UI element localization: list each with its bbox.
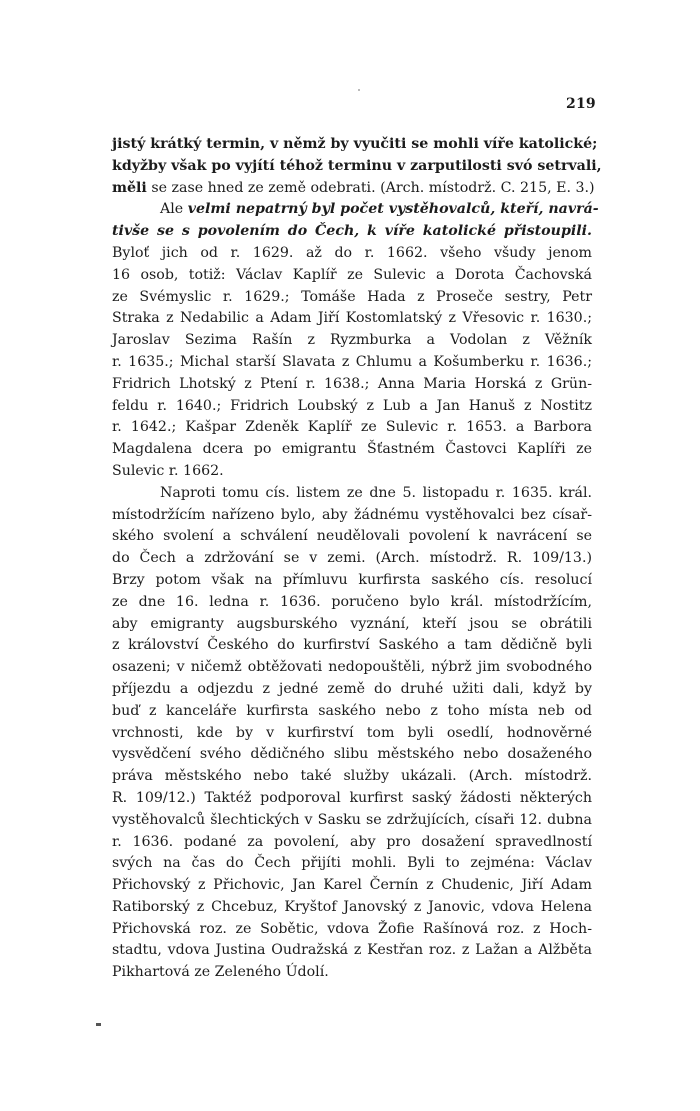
- text-line: z království Českého do kurfirství Saské…: [112, 635, 592, 657]
- text-line: Sulevic r. 1662.: [112, 461, 592, 483]
- line-text: Magdalena dcera po emigrantu Šťastném Ča…: [112, 441, 592, 457]
- text-line: tivše se s povolením do Čech, k víře kat…: [112, 221, 592, 243]
- line-text: Straka z Nedabilic a Adam Jiří Kostomlat…: [112, 310, 592, 326]
- line-text: Sulevic r. 1662.: [112, 463, 224, 479]
- text-line: osazeni; v ničemž obtěžovati nedopouštěl…: [112, 657, 592, 679]
- text-line: stadtu, vdova Justina Oudražská z Kestřa…: [112, 940, 592, 962]
- text-line: místodržícím nařízeno bylo, aby žádnému …: [112, 505, 592, 527]
- text-line: jistý krátký termin, v němž by vyučiti s…: [112, 134, 592, 156]
- text-line: příjezdu a odjezdu z jedné země do druhé…: [112, 679, 592, 701]
- text-line: aby emigranty augsburského vyznání, kteř…: [112, 614, 592, 636]
- line-text: aby emigranty augsburského vyznání, kteř…: [112, 616, 592, 632]
- line-text: Brzy potom však na přímluvu kurfirsta sa…: [112, 572, 592, 588]
- line-text: r. 1635.; Michal starší Slavata z Chlumu…: [112, 354, 592, 370]
- text-line: vysvědčení svého dědičného slibu městské…: [112, 744, 592, 766]
- line-text: místodržícím nařízeno bylo, aby žádnému …: [112, 507, 592, 523]
- line-text: příjezdu a odjezdu z jedné země do druhé…: [112, 681, 592, 697]
- line-text: stadtu, vdova Justina Oudražská z Kestřa…: [112, 942, 592, 958]
- text-line: měli se zase hned ze země odebrati. (Arc…: [112, 178, 592, 200]
- text-line: Straka z Nedabilic a Adam Jiří Kostomlat…: [112, 308, 592, 330]
- line-text: se zase hned ze země odebrati. (Arch. mí…: [147, 180, 595, 196]
- line-text: kdyžby: [112, 158, 166, 174]
- line-text: Pikhartová ze Zeleného Údolí.: [112, 964, 329, 980]
- line-text: Ale: [160, 201, 188, 217]
- line-text: však po vyjítí téhož terminu v zarputilo…: [166, 158, 601, 174]
- line-text: R. 109/12.) Taktéž podporoval kurfirst s…: [112, 790, 592, 806]
- text-line: ze Svémyslic r. 1629.; Tomáše Hada z Pro…: [112, 287, 592, 309]
- text-line: Přichovská roz. ze Sobětic, vdova Žofie …: [112, 919, 592, 941]
- text-line: ze dne 16. ledna r. 1636. poručeno bylo …: [112, 592, 592, 614]
- text-line: r. 1635.; Michal starší Slavata z Chlumu…: [112, 352, 592, 374]
- line-text: měli: [112, 180, 147, 196]
- line-text: feldu r. 1640.; Fridrich Loubský z Lub a…: [112, 398, 592, 414]
- text-line: do Čech a zdržování se v zemi. (Arch. mí…: [112, 548, 592, 570]
- text-line: R. 109/12.) Taktéž podporoval kurfirst s…: [112, 788, 592, 810]
- line-text: Ratiborský z Chcebuz, Kryštof Janovský z…: [112, 899, 592, 915]
- line-text: 16 osob, totiž: Václav Kaplíř ze Sulevic…: [112, 267, 592, 283]
- book-page: 219 jistý krátký termin, v němž by vyuči…: [0, 0, 700, 1111]
- text-line: Ratiborský z Chcebuz, Kryštof Janovský z…: [112, 897, 592, 919]
- line-text: osazeni; v ničemž obtěžovati nedopouštěl…: [112, 659, 592, 675]
- page-number: 219: [566, 96, 596, 112]
- text-line: Pikhartová ze Zeleného Údolí.: [112, 962, 592, 984]
- text-line: buď z kanceláře kurfirsta saského nebo z…: [112, 701, 592, 723]
- line-text: svých na čas do Čech přijíti mohli. Byli…: [112, 855, 592, 871]
- line-text: r. 1642.; Kašpar Zdeněk Kaplíř ze Sulevi…: [112, 419, 592, 435]
- text-line: vystěhovalců šlechtických v Sasku se zdr…: [112, 810, 592, 832]
- body-text: jistý krátký termin, v němž by vyučiti s…: [112, 134, 592, 984]
- line-text: buď z kanceláře kurfirsta saského nebo z…: [112, 703, 592, 719]
- emphasis-text: tivše se s povolením do Čech, k víře kat…: [112, 223, 592, 239]
- text-line: Magdalena dcera po emigrantu Šťastném Ča…: [112, 439, 592, 461]
- line-text: práva městského nebo také služby ukázali…: [112, 768, 592, 784]
- text-line: Byloť jich od r. 1629. až do r. 1662. vš…: [112, 243, 592, 265]
- line-text: Jaroslav Sezima Rašín z Ryzmburka a Vodo…: [112, 332, 592, 348]
- text-line: r. 1642.; Kašpar Zdeněk Kaplíř ze Sulevi…: [112, 417, 592, 439]
- text-line: Fridrich Lhotský z Ptení r. 1638.; Anna …: [112, 374, 592, 396]
- text-line: 16 osob, totiž: Václav Kaplíř ze Sulevic…: [112, 265, 592, 287]
- text-line: Ale velmi nepatrný byl počet vystěhovalc…: [112, 199, 592, 221]
- line-text: vysvědčení svého dědičného slibu městské…: [112, 746, 592, 762]
- scan-speck: [358, 89, 360, 91]
- margin-mark: [96, 1023, 101, 1026]
- line-text: Přichovský z Přichovic, Jan Karel Černín…: [112, 877, 592, 893]
- text-line: práva městského nebo také služby ukázali…: [112, 766, 592, 788]
- emphasis-text: velmi nepatrný byl počet vystěhovalců, k…: [188, 201, 599, 217]
- text-line: ského svolení a schválení neudělovali po…: [112, 526, 592, 548]
- line-text: vystěhovalců šlechtických v Sasku se zdr…: [112, 812, 592, 828]
- line-text: r. 1636. podané za povolení, aby pro dos…: [112, 834, 592, 850]
- text-line: Jaroslav Sezima Rašín z Ryzmburka a Vodo…: [112, 330, 592, 352]
- text-line: vrchnosti, kde by v kurfirství tom byli …: [112, 723, 592, 745]
- text-line: Přichovský z Přichovic, Jan Karel Černín…: [112, 875, 592, 897]
- line-text: Byloť jich od r. 1629. až do r. 1662. vš…: [112, 245, 592, 261]
- line-text: ze Svémyslic r. 1629.; Tomáše Hada z Pro…: [112, 289, 592, 305]
- text-line: Brzy potom však na přímluvu kurfirsta sa…: [112, 570, 592, 592]
- line-text: Naproti tomu cís. listem ze dne 5. listo…: [160, 485, 592, 501]
- line-text: Přichovská roz. ze Sobětic, vdova Žofie …: [112, 921, 592, 937]
- line-text: Fridrich Lhotský z Ptení r. 1638.; Anna …: [112, 376, 592, 392]
- line-text: ze dne 16. ledna r. 1636. poručeno bylo …: [112, 594, 592, 610]
- line-text: vrchnosti, kde by v kurfirství tom byli …: [112, 725, 592, 741]
- line-text: z království Českého do kurfirství Saské…: [112, 637, 592, 653]
- text-line: r. 1636. podané za povolení, aby pro dos…: [112, 832, 592, 854]
- text-line: svých na čas do Čech přijíti mohli. Byli…: [112, 853, 592, 875]
- line-text: do Čech a zdržování se v zemi. (Arch. mí…: [112, 550, 592, 566]
- text-line: kdyžby však po vyjítí téhož terminu v za…: [112, 156, 592, 178]
- text-line: Naproti tomu cís. listem ze dne 5. listo…: [112, 483, 592, 505]
- line-text: ského svolení a schválení neudělovali po…: [112, 528, 592, 544]
- line-text: jistý krátký termin, v němž by vyučiti s…: [112, 136, 597, 152]
- text-line: feldu r. 1640.; Fridrich Loubský z Lub a…: [112, 396, 592, 418]
